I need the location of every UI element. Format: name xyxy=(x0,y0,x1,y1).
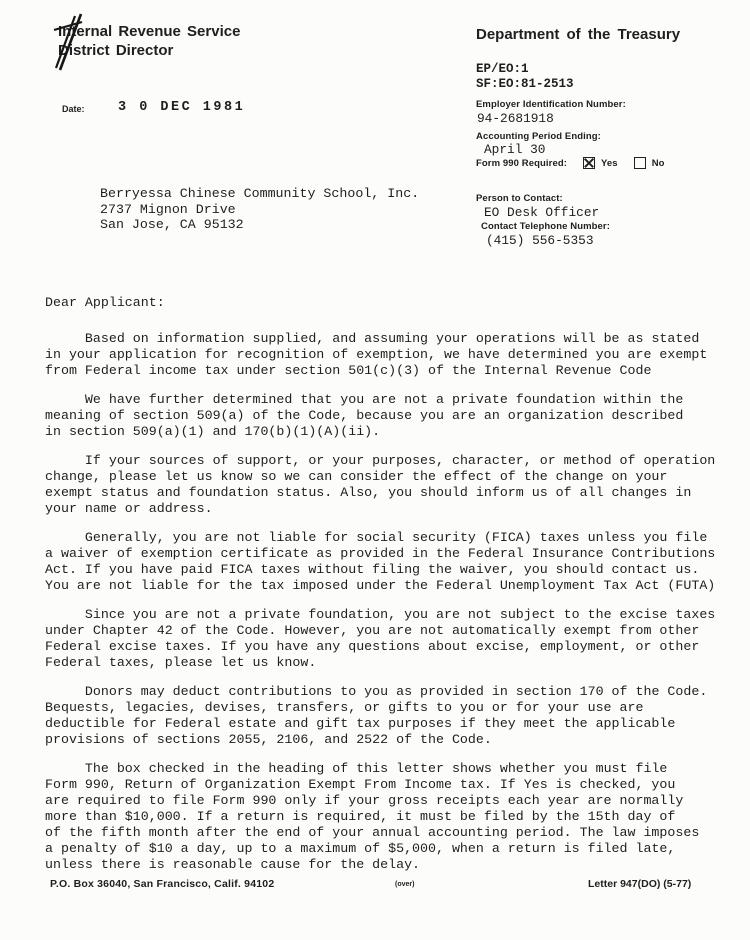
office-codes: EP/EO:1 SF:EO:81-2513 xyxy=(476,62,574,92)
body-paragraph: The box checked in the heading of this l… xyxy=(45,761,730,873)
recipient-city: San Jose, CA 95132 xyxy=(100,217,419,233)
footer-letter-id: Letter 947(DO) (5-77) xyxy=(588,878,691,890)
form990-yes-checkbox-icon xyxy=(583,157,595,169)
form990-required-label: Form 990 Required: xyxy=(476,158,567,169)
office-code-line2: SF:EO:81-2513 xyxy=(476,77,574,92)
form990-no-label: No xyxy=(652,158,665,169)
accounting-period-label: Accounting Period Ending: xyxy=(476,131,601,142)
letter-body: Dear Applicant: Based on information sup… xyxy=(45,295,730,886)
date-label: Date: xyxy=(62,104,85,114)
body-paragraph: If your sources of support, or your purp… xyxy=(45,453,730,517)
office-code-line1: EP/EO:1 xyxy=(476,62,574,77)
form990-required-row: Form 990 Required: Yes No xyxy=(476,157,665,169)
footer-over-note: (over) xyxy=(395,881,414,888)
accounting-period-value: April 30 xyxy=(484,142,545,157)
form990-no-checkbox-icon xyxy=(634,157,646,169)
recipient-street: 2737 Mignon Drive xyxy=(100,202,419,218)
body-paragraph: Generally, you are not liable for social… xyxy=(45,530,730,594)
recipient-name: Berryessa Chinese Community School, Inc. xyxy=(100,186,419,202)
ein-label: Employer Identification Number: xyxy=(476,99,626,110)
salutation: Dear Applicant: xyxy=(45,295,730,311)
irs-letter-page: Internal Revenue Service District Direct… xyxy=(0,0,750,940)
date-stamp: 3 0 DEC 1981 xyxy=(118,100,245,115)
pen-slash-mark-icon xyxy=(48,12,92,72)
form990-yes-label: Yes xyxy=(601,158,618,169)
body-paragraph: Donors may deduct contributions to you a… xyxy=(45,684,730,748)
person-to-contact-label: Person to Contact: xyxy=(476,193,563,204)
department-title: Department of the Treasury xyxy=(476,26,680,43)
contact-telephone-value: (415) 556-5353 xyxy=(486,233,594,248)
recipient-address-block: Berryessa Chinese Community School, Inc.… xyxy=(100,186,419,233)
body-paragraph: Since you are not a private foundation, … xyxy=(45,607,730,671)
footer-return-address: P.O. Box 36040, San Francisco, Calif. 94… xyxy=(50,878,274,890)
person-to-contact-value: EO Desk Officer xyxy=(484,205,599,220)
body-paragraph: We have further determined that you are … xyxy=(45,392,730,440)
contact-telephone-label: Contact Telephone Number: xyxy=(481,221,610,232)
body-paragraph: Based on information supplied, and assum… xyxy=(45,331,730,379)
ein-value: 94-2681918 xyxy=(477,111,554,126)
